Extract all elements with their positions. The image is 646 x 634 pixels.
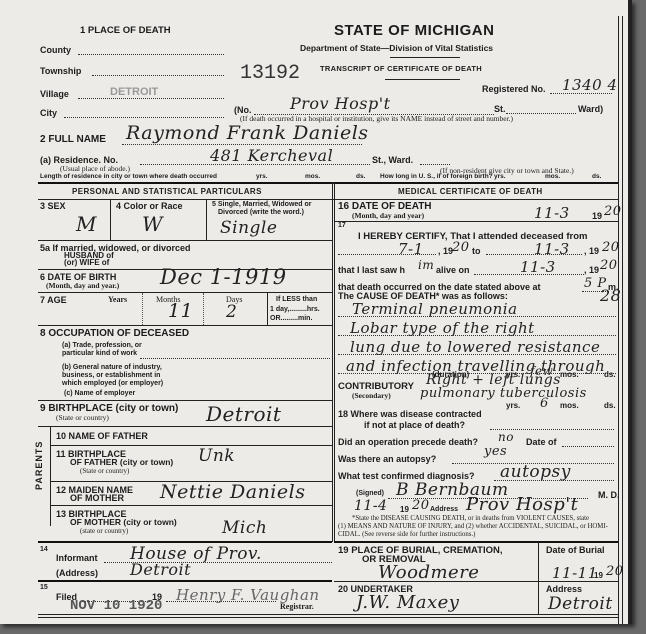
less-than-3: OR.........min. [270,315,312,322]
to-label: to [472,246,481,256]
contracted-label-1: 18 Where was disease contracted [338,409,482,419]
ds-label: ds. [604,370,616,379]
dod-year: 20 [604,204,622,219]
alive-label: alive on [436,265,470,275]
informant-address: Detroit [130,560,191,579]
residence-sublabel: (Usual place of abode.) [60,164,130,173]
days-value: 2 [226,302,237,322]
address-label: (Address) [56,568,98,578]
yrs-label-2: yrs. [494,173,506,180]
birthplace-value: Detroit [206,402,281,426]
mos-label: mos. [560,370,579,379]
contributory-line-2: pulmonary tuberculosis [420,386,587,401]
dod-sublabel: (Month, day and year) [352,211,424,220]
divider [38,426,332,427]
date-of-label: Date of [526,437,557,447]
village-label: Village [40,89,69,99]
county-label: County [40,45,71,55]
divider [50,505,332,506]
spouse-label-3: (or) WIFE of [64,258,109,267]
parents-side-label: PARENTS [34,441,44,490]
filed-stamp: NOV 10 1920 [70,598,162,614]
length-of-residence-label: Length of residence in city or town wher… [40,173,217,180]
informant-label: Informant [56,553,98,563]
divider [110,200,111,240]
divider [38,580,332,582]
informant-num: 14 [40,546,48,553]
registered-no-label: Registered No. [482,84,546,94]
md-label: M. D. [598,490,620,500]
bottom-border [38,614,618,615]
institution-value: Prov Hosp't [290,94,391,113]
months-value: 11 [168,300,193,322]
mother-label-2: OF MOTHER [70,493,124,503]
divider [334,221,618,222]
cause-line-2-value: Lobar type of the right [350,319,535,337]
township-label: Township [40,66,81,76]
st-ward-label: St., Ward. [372,155,413,165]
years-label: Years [108,295,127,304]
address-value: Prov Hosp't [466,494,578,515]
right-border [618,16,619,624]
burial-place-value: Woodmere [378,562,479,583]
signed-date: 11-4 [354,498,387,514]
cert-num: 17 [338,222,346,229]
sex-label: 3 SEX [40,201,66,211]
village-line [78,98,224,99]
burial-date-value: 11-11 [552,564,598,582]
last-saw-label: that I last saw h [338,265,405,275]
address-label: Address [430,506,458,513]
father-bp-3: (State or country) [80,467,129,475]
sex-value: M [76,212,97,236]
bottom-border-2 [38,617,618,618]
signed-year-prefix: 19 [400,505,409,514]
autopsy-value: yes [484,444,507,459]
last-saw-value: im [418,258,434,272]
alive-year-prefix: , 19 [584,265,599,275]
state-title: STATE OF MICHIGAN [334,22,494,39]
ds-label-2: ds. [592,173,601,180]
township-line [92,75,224,76]
occ-b-3: which employed (or employer) [62,380,163,387]
contrib-yrs-label: yrs. [506,401,520,410]
filed-num: 15 [40,584,48,591]
occ-b-1: (b) General nature of industry, [62,364,162,371]
st-line [506,113,576,114]
divider [385,79,460,80]
father-label: 10 NAME OF FATHER [56,431,148,441]
alive-date: 11-3 [520,258,556,276]
contrib-mos-label: mos. [560,401,579,410]
divider [267,293,268,325]
autopsy-label: Was there an autopsy? [338,454,436,464]
full-name-line [122,144,362,145]
occ-b-2: business, or establishment in [62,372,160,379]
contracted-label-2: if not at place of death? [364,420,465,430]
undertaker-value: J.W. Maxey [356,592,459,613]
cause-code: 28 [600,286,621,305]
mother-bp-2: OF MOTHER (city or town) [70,517,177,527]
personal-section-heading: PERSONAL AND STATISTICAL PARTICULARS [72,187,262,196]
father-bp-2: OF FATHER (city or town) [70,457,173,467]
from-year: 20 [452,240,470,255]
signed-year: 20 [412,498,430,513]
cause-line-3-value: lung due to lowered resistance [350,338,600,356]
spouse-label-1: 5a If married, widowed, or divorced [40,243,191,253]
divider [203,293,204,325]
dod-value: 11-3 [534,204,570,222]
county-line [78,54,224,55]
cause-line-1-value: Terminal pneumonia [352,300,518,318]
footnote-2: (1) MEANS AND NATURE OF INJURY, and (2) … [338,523,608,530]
medical-section-heading: MEDICAL CERTIFICATE OF DEATH [398,187,543,196]
ward-line [420,164,450,165]
less-than-1: If LESS than [276,296,317,303]
occ-a-1: (a) Trade, profession, or [62,342,142,349]
burial-date-label: Date of Burial [546,545,605,555]
department: Department of State—Division of Vital St… [300,43,493,53]
city-line [64,117,224,118]
divider [38,541,332,543]
divider [334,581,618,582]
marital-value: Single [220,218,277,238]
divider [38,325,332,326]
alive-year: 20 [600,258,618,273]
divider [206,200,207,240]
operation-label: Did an operation precede death? [338,437,478,447]
dod-year-prefix: 19 [592,211,602,221]
right-border-outer [622,16,623,624]
stamp-number: 13192 [240,62,300,85]
death-certificate: 1 PLACE OF DEATH STATE OF MICHIGAN Depar… [0,0,632,624]
registrar-label: Registrar. [280,602,314,611]
yrs-label: yrs. [256,173,268,180]
operation-value: no [498,430,514,444]
divider [50,445,332,446]
registered-no: 1340 4 [562,76,618,94]
less-than-2: 1 day,.........hrs. [270,306,320,313]
place-of-death-heading: 1 PLACE OF DEATH [80,25,171,36]
divider [38,292,332,293]
city-label: City [40,108,57,118]
age-label: 7 AGE [40,295,67,305]
to-year-prefix: , 19 [584,246,599,256]
footnote-3: CIDAL. (See reverse side for further ins… [338,531,475,538]
divider [142,293,143,325]
undertaker-address-value: Detroit [548,594,613,614]
transcript-title: TRANSCRIPT OF CERTIFICATE OF DEATH [320,64,482,73]
race-value: W [142,212,163,236]
mos-label-2: mos. [545,173,560,180]
divider [38,199,618,200]
contributory-sublabel: (Secondary) [352,391,391,400]
center-divider [332,182,333,542]
father-value: Unk [198,446,235,466]
occ-a-2: particular kind of work [62,350,137,357]
signed-label: (Signed) [356,490,384,497]
parents-divider [50,426,51,526]
mother-bp-value: Mich [222,518,267,538]
marital-label-1: 5 Single, Married, Widowed or [212,201,312,208]
test-value: autopsy [500,462,571,482]
section-divider [38,182,618,184]
occ-c: (c) Name of employer [64,390,135,397]
to-year: 20 [602,240,620,255]
burial-year: 20 [606,564,624,579]
marital-label-2: Divorced (write the word.) [218,209,304,216]
dob-sublabel: (Month, day and year.) [46,281,119,290]
divider [334,541,618,543]
occupation-line [140,358,330,359]
how-long-label: How long in U. S., if of foreign birth? [380,173,493,180]
full-name-label: 2 FULL NAME [40,134,106,145]
divider [538,542,539,614]
footnote-1: *State the DISEASE CAUSING DEATH, or in … [352,515,589,522]
occupation-label: 8 OCCUPATION OF DECEASED [40,328,189,339]
dob-value: Dec 1-1919 [160,265,287,289]
village-stamp: DETROIT [110,86,158,98]
page-edge [628,0,632,624]
divider [390,57,460,58]
mother-value: Nettie Daniels [160,481,305,503]
contrib-mos-value: 6 [540,396,549,411]
contrib-ds-label: ds. [604,401,616,410]
from-year-prefix: , 19 [438,246,453,256]
mother-bp-3: (state or country) [80,527,128,535]
full-name-value: Raymond Frank Daniels [126,122,369,144]
ward-label: Ward) [578,104,603,114]
st-label: St. [494,104,506,114]
burial-year-prefix: 19 [594,571,603,580]
center-divider-2 [334,182,335,542]
mos-label: mos. [305,173,320,180]
undertaker-address-label: Address [546,584,582,594]
divider [38,400,332,401]
race-label: 4 Color or Race [116,201,183,211]
to-date: 11-3 [534,240,570,258]
ds-label: ds. [356,173,365,180]
divider [38,240,332,241]
date-of-line [562,446,614,447]
residence-value: 481 Kercheval [210,146,333,165]
from-date: 7-1 [398,240,424,258]
birthplace-sublabel: (State or country) [56,413,109,422]
